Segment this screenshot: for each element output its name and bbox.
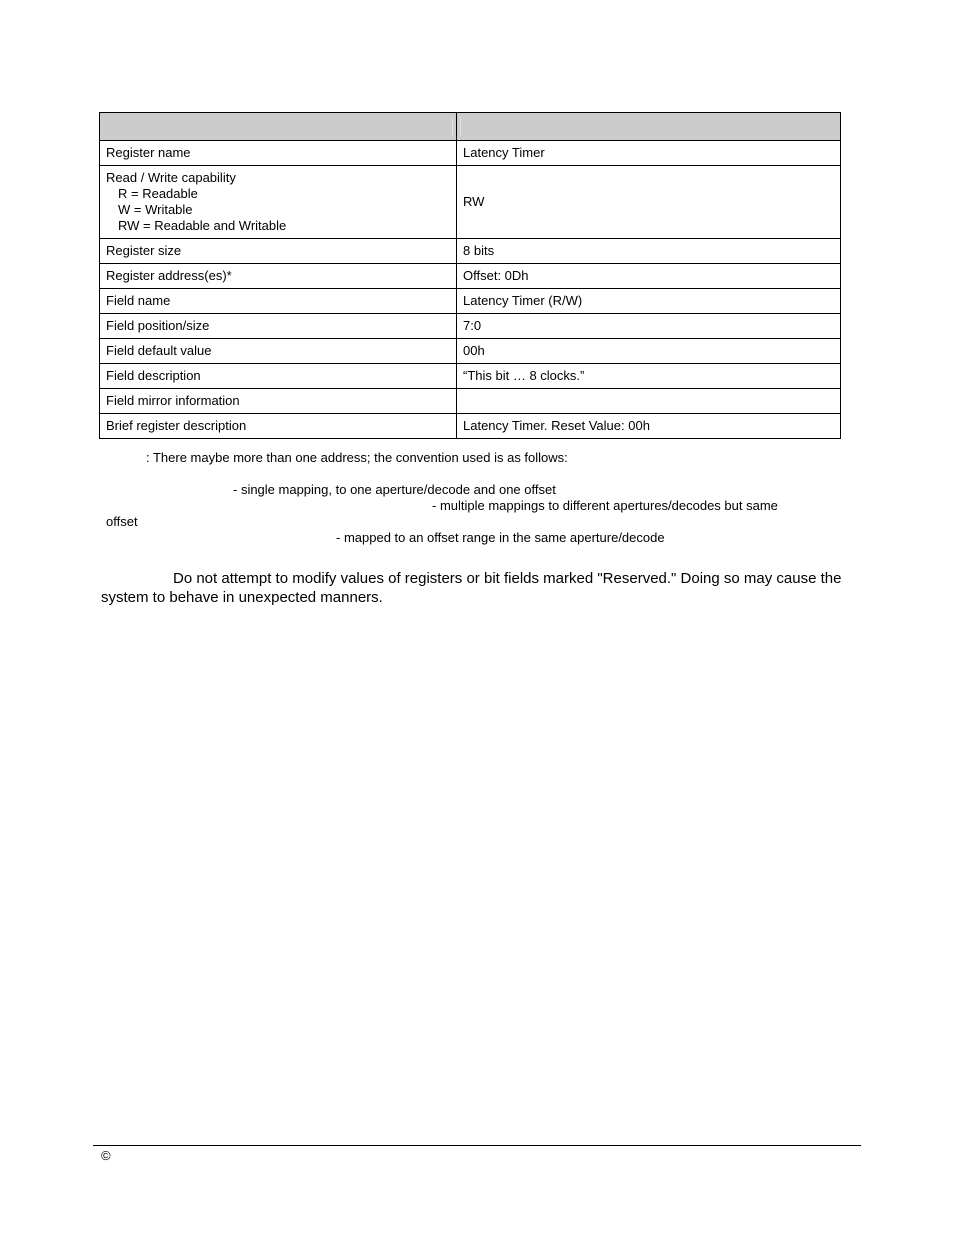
footnote-multiple-mapping: - multiple mappings to different apertur…: [432, 498, 778, 514]
footnote-range-mapping: - mapped to an offset range in the same …: [336, 530, 665, 546]
table-row: Field default value 00h: [100, 339, 841, 364]
rw-legend-writable: W = Writable: [106, 202, 450, 218]
table-header-row: [100, 113, 841, 141]
row-value: RW: [457, 166, 841, 239]
table-row: Register name Latency Timer: [100, 141, 841, 166]
reserved-warning-note: Do not attempt to modify values of regis…: [101, 569, 846, 607]
table-row: Field name Latency Timer (R/W): [100, 289, 841, 314]
row-value: [457, 389, 841, 414]
row-value: Latency Timer (R/W): [457, 289, 841, 314]
row-label: Brief register description: [100, 414, 457, 439]
rw-capability-label: Read / Write capability: [106, 170, 236, 185]
table-row: Field description “This bit … 8 clocks.”: [100, 364, 841, 389]
row-value: 7:0: [457, 314, 841, 339]
rw-legend-readwrite: RW = Readable and Writable: [106, 218, 450, 234]
footnote-single-mapping: - single mapping, to one aperture/decode…: [233, 482, 556, 498]
row-label: Field mirror information: [100, 389, 457, 414]
row-value: 8 bits: [457, 239, 841, 264]
row-value: Latency Timer. Reset Value: 00h: [457, 414, 841, 439]
header-cell-field: [100, 113, 457, 141]
row-label: Field position/size: [100, 314, 457, 339]
footnote-intro: : There maybe more than one address; the…: [146, 450, 568, 466]
row-label-rw: Read / Write capability R = Readable W =…: [100, 166, 457, 239]
table-row: Field position/size 7:0: [100, 314, 841, 339]
table-row: Register size 8 bits: [100, 239, 841, 264]
table-row: Register address(es)* Offset: 0Dh: [100, 264, 841, 289]
table-row: Field mirror information: [100, 389, 841, 414]
footer-divider: [93, 1145, 861, 1146]
row-label: Register name: [100, 141, 457, 166]
row-label: Register address(es)*: [100, 264, 457, 289]
row-value: Offset: 0Dh: [457, 264, 841, 289]
footnote-multiple-mapping-cont: offset: [106, 514, 138, 530]
row-value: “This bit … 8 clocks.”: [457, 364, 841, 389]
row-label: Field name: [100, 289, 457, 314]
row-value: Latency Timer: [457, 141, 841, 166]
copyright-icon: ©: [101, 1148, 111, 1164]
row-label: Field default value: [100, 339, 457, 364]
rw-legend-readable: R = Readable: [106, 186, 450, 202]
row-label: Register size: [100, 239, 457, 264]
header-cell-value: [457, 113, 841, 141]
table-row: Read / Write capability R = Readable W =…: [100, 166, 841, 239]
table-row: Brief register description Latency Timer…: [100, 414, 841, 439]
row-label: Field description: [100, 364, 457, 389]
row-value: 00h: [457, 339, 841, 364]
register-table: Register name Latency Timer Read / Write…: [99, 112, 841, 439]
